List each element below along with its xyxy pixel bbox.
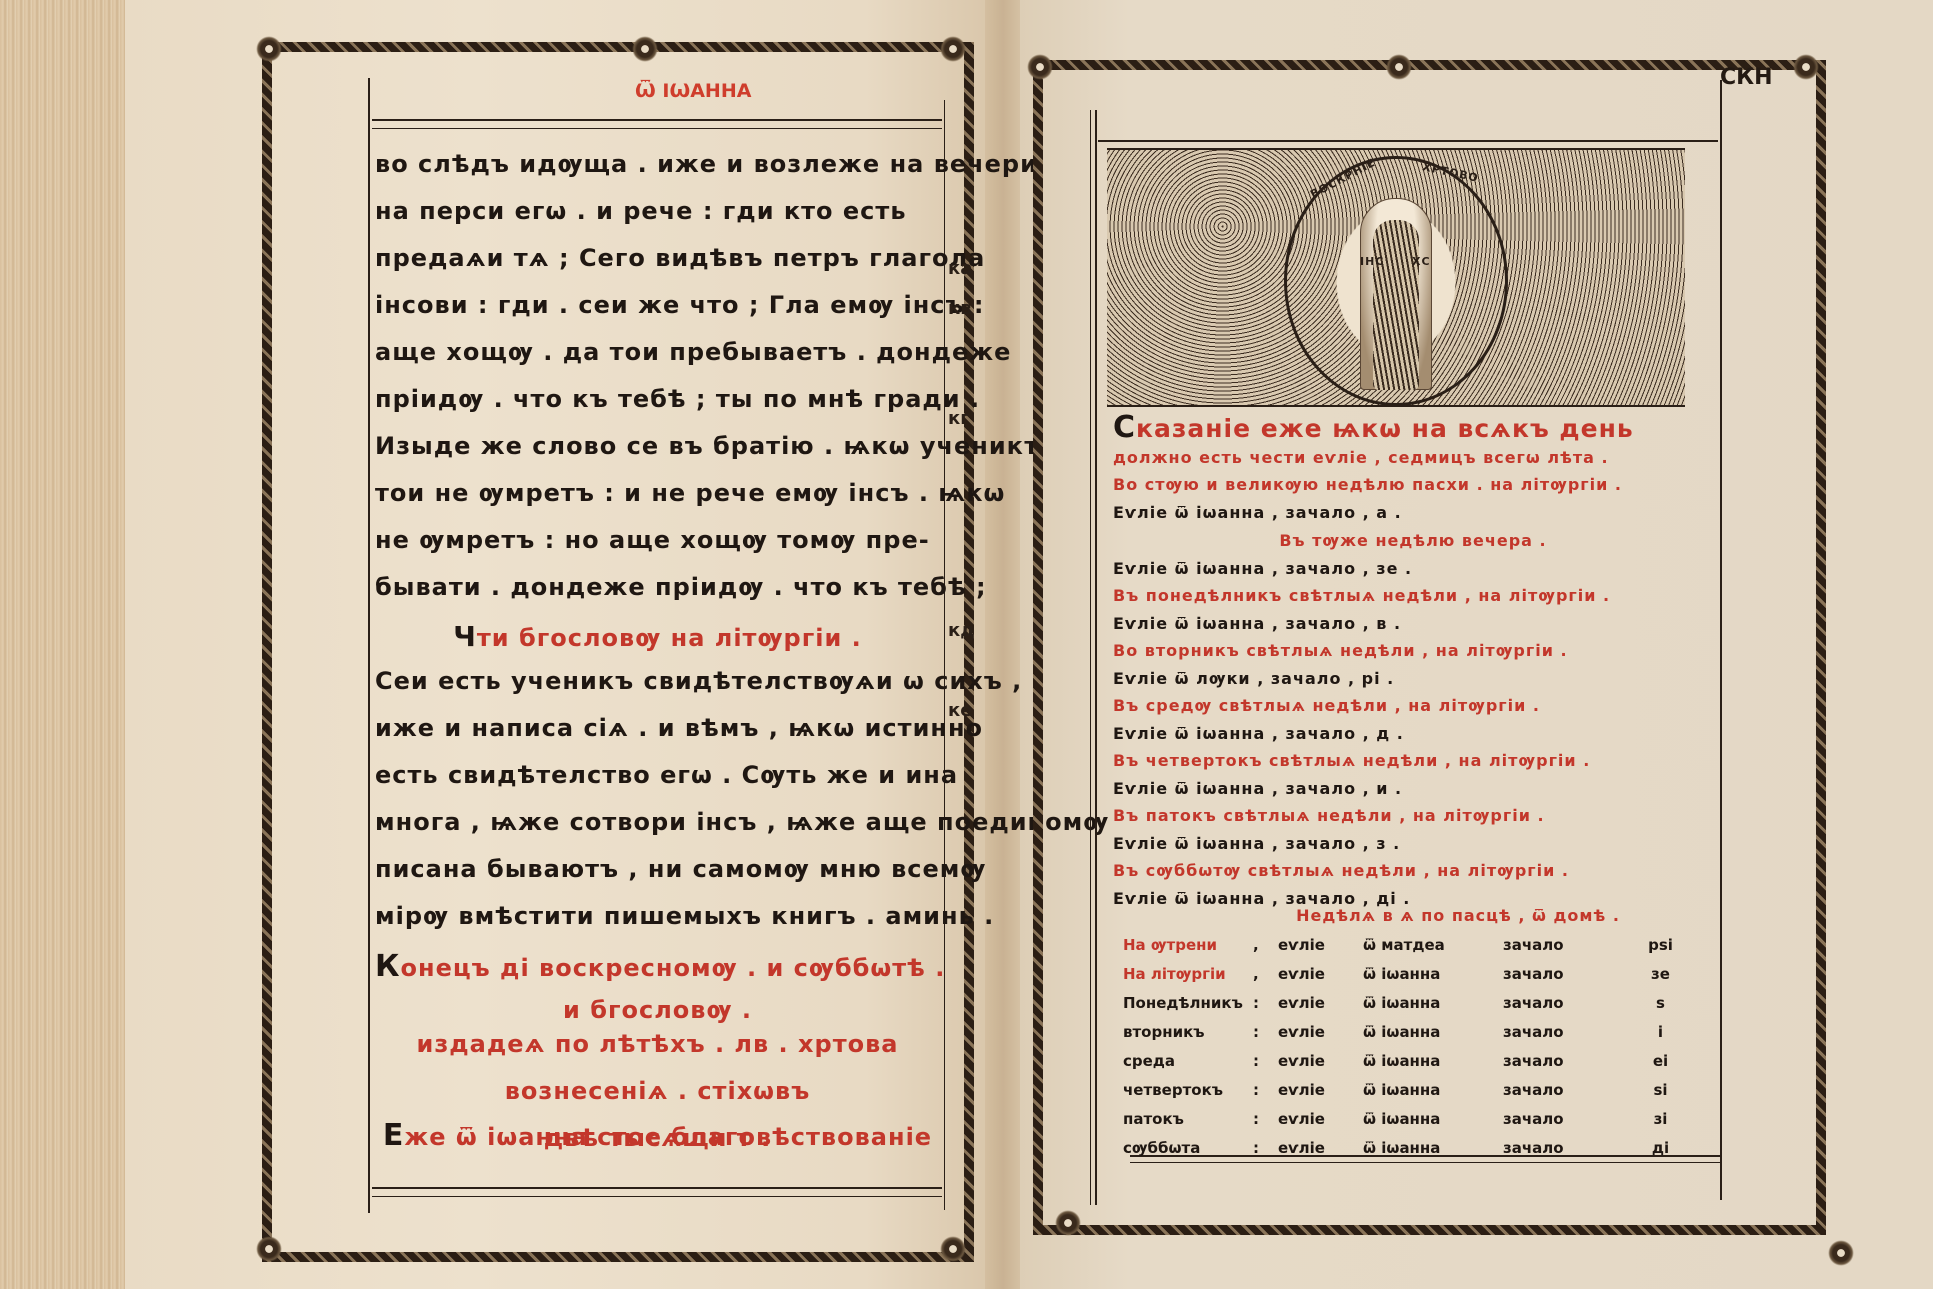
- table-row: На ѹтрени , еѵліе ѿ матдеа зачало рѕі: [1123, 930, 1718, 959]
- left-inner-rule: [1090, 110, 1091, 1205]
- left-body-text: во слѣдъ идѹща . иже и возлеже на вечери…: [375, 150, 940, 1150]
- number-cell: і: [1603, 1017, 1718, 1046]
- day-cell: патокъ: [1123, 1104, 1253, 1133]
- day-cell: сѹббѡта: [1123, 1133, 1253, 1162]
- text-line: пріидѹ . что къ тебѣ ; ты по мнѣ гради .: [375, 385, 940, 413]
- entry-heading: Въ патокъ свѣтлыѧ недѣли , на літѹргіи .: [1113, 806, 1713, 825]
- gospel-cell: еѵліе: [1278, 1017, 1363, 1046]
- gospel-cell: еѵліе: [1278, 1104, 1363, 1133]
- number-cell: еі: [1603, 1046, 1718, 1075]
- colophon-line: двѣ тысѧщи т .: [375, 1124, 940, 1152]
- right-inner-rule: [1720, 80, 1722, 1200]
- foot-rule-2: [372, 1196, 942, 1197]
- text-line: во слѣдъ идѹща . иже и возлеже на вечери: [375, 150, 940, 178]
- ending-rubric-line: Конецъ ді воскресномѹ . и сѹббѡтѣ .: [375, 949, 940, 984]
- separator-cell: ,: [1253, 930, 1278, 959]
- gospel-cell: еѵліе: [1278, 1075, 1363, 1104]
- number-cell: ді: [1603, 1133, 1718, 1162]
- margin-chapter-number: кв: [948, 298, 972, 319]
- head-rule: [1098, 140, 1718, 142]
- evangelist-cell: ѿ іѡанна: [1363, 959, 1503, 988]
- running-head: Ѿ ІѠАННА: [635, 80, 751, 102]
- border-ornament-icon: [632, 36, 658, 62]
- colophon-line: вознесеніѧ . стіхѡвъ: [375, 1077, 940, 1105]
- border-ornament-icon: [1793, 54, 1819, 80]
- number-cell: зе: [1603, 959, 1718, 988]
- book-page-edges: [0, 0, 125, 1289]
- rubric-reading-heading: Чти бгословѹ на літѹргіи .: [375, 620, 940, 653]
- table-row: четвертокъ : еѵліе ѿ іѡанна зачало ѕі: [1123, 1075, 1718, 1104]
- margin-chapter-number: ке: [948, 700, 972, 721]
- zachalo-cell: зачало: [1503, 1075, 1603, 1104]
- left-inner-rule-2: [1095, 110, 1097, 1205]
- border-ornament-icon: [1828, 1240, 1854, 1266]
- day-cell: Понедѣлникъ: [1123, 988, 1253, 1017]
- separator-cell: :: [1253, 1075, 1278, 1104]
- separator-cell: :: [1253, 1133, 1278, 1162]
- text-line: Сеи есть ученикъ свидѣтелствѹѧи ѡ сихъ ,: [375, 667, 940, 695]
- text-line: Изыде же слово се въ братію . ѩкѡ ученик…: [375, 432, 940, 460]
- text-line: многа , ѩже сотвори інсъ , ѩже аще поеди…: [375, 808, 940, 836]
- drop-initial: Ч: [453, 620, 477, 653]
- evangelist-cell: ѿ іѡанна: [1363, 1017, 1503, 1046]
- table-row: вторникъ : еѵліе ѿ іѡанна зачало і: [1123, 1017, 1718, 1046]
- text-line: предаѧи тѧ ; Сего видѣвъ петръ глагола: [375, 244, 940, 272]
- ending-rubric-line: и бгословѹ .: [375, 996, 940, 1024]
- entry-heading: Въ понедѣлникъ свѣтлыѧ недѣли , на літѹр…: [1113, 586, 1713, 605]
- gospel-cell: еѵліе: [1278, 930, 1363, 959]
- book-gutter: [985, 0, 1025, 1289]
- border-ornament-icon: [940, 36, 966, 62]
- zachalo-cell: зачало: [1503, 988, 1603, 1017]
- zachalo-cell: зачало: [1503, 959, 1603, 988]
- table-row: Понедѣлникъ : еѵліе ѿ іѡанна зачало ѕ: [1123, 988, 1718, 1017]
- head-rule: [372, 119, 942, 121]
- text-line: писана бываютъ , ни самомѹ мню всемѹ: [375, 855, 940, 883]
- evangelist-cell: ѿ іѡанна: [1363, 1075, 1503, 1104]
- colophon-block: издадеѧ по лѣтѣхъ . лв . хртова вознесен…: [375, 1030, 940, 1150]
- gospel-cell: еѵліе: [1278, 988, 1363, 1017]
- foot-rule: [372, 1187, 942, 1189]
- page-title: Сказаніе еже ѩкѡ на всѧкъ день: [1113, 410, 1713, 445]
- christ-figure-icon: [1373, 220, 1419, 390]
- colophon-line: издадеѧ по лѣтѣхъ . лв . хртова: [375, 1030, 940, 1058]
- border-ornament-icon: [1386, 54, 1412, 80]
- rubric-text: онецъ ді воскресномѹ . и сѹббѡтѣ .: [401, 954, 946, 982]
- text-line: мірѹ вмѣстити пишемыхъ книгъ . аминь .: [375, 902, 940, 930]
- text-line: иже и написа сіѧ . и вѣмъ , ѩкѡ истинно: [375, 714, 940, 742]
- zachalo-cell: зачало: [1503, 1046, 1603, 1075]
- day-cell: вторникъ: [1123, 1017, 1253, 1046]
- zachalo-cell: зачало: [1503, 1017, 1603, 1046]
- engraving-monogram-right: ХС: [1412, 255, 1431, 268]
- text-line: інсови : гди . сеи же что ; Гла емѹ інсъ…: [375, 291, 940, 319]
- text-line: тои не ѹмретъ : и не рече емѹ інсъ . ѩкѡ: [375, 479, 940, 507]
- week-heading-text: Недѣлѧ в ѧ по пасцѣ , ѿ домѣ .: [1113, 906, 1713, 925]
- entry-reading: Еѵліе ѿ іѡанна , зачало , а .: [1113, 503, 1713, 522]
- zachalo-cell: зачало: [1503, 930, 1603, 959]
- border-ornament-icon: [940, 1236, 966, 1262]
- text-line: на перси егѡ . и рече : гди кто есть: [375, 197, 940, 225]
- zachalo-cell: зачало: [1503, 1104, 1603, 1133]
- right-body-text: Сказаніе еже ѩкѡ на всѧкъ день должно ес…: [1113, 410, 1713, 910]
- text-line: бывати . дондеже пріидѹ . что къ тебѣ ;: [375, 573, 940, 601]
- entry-heading: Въ четвертокъ свѣтлыѧ недѣли , на літѹрг…: [1113, 751, 1713, 770]
- entry-reading: Еѵліе ѿ іѡанна , зачало , в .: [1113, 614, 1713, 633]
- foot-rule-2: [1130, 1162, 1720, 1163]
- entry-reading: Еѵліе ѿ іѡанна , зачало , з .: [1113, 834, 1713, 853]
- day-cell: четвертокъ: [1123, 1075, 1253, 1104]
- engraving-monogram-left: ІНС: [1360, 255, 1384, 268]
- evangelist-cell: ѿ іѡанна: [1363, 1046, 1503, 1075]
- evangelist-cell: ѿ іѡанна: [1363, 988, 1503, 1017]
- entry-reading: Еѵліе ѿ іѡанна , зачало , зе .: [1113, 559, 1713, 578]
- number-cell: ѕ: [1603, 988, 1718, 1017]
- zachalo-cell: зачало: [1503, 1133, 1603, 1162]
- margin-chapter-number: кд: [948, 620, 975, 641]
- separator-cell: :: [1253, 1046, 1278, 1075]
- left-inner-rule: [368, 78, 370, 1213]
- border-ornament-icon: [256, 36, 282, 62]
- rubric-text: ти бгословѹ на літѹргіи .: [477, 624, 862, 652]
- border-ornament-icon: [1027, 54, 1053, 80]
- entry-heading: Во стѹю и великѹю недѣлю пасхи . на літѹ…: [1113, 475, 1713, 494]
- text-line: не ѹмретъ : но аще хощѹ томѹ пре-: [375, 526, 940, 554]
- table-row: среда : еѵліе ѿ іѡанна зачало еі: [1123, 1046, 1718, 1075]
- entry-heading: Въ средѹ свѣтлыѧ недѣли , на літѹргіи .: [1113, 696, 1713, 715]
- table-row: сѹббѡта : еѵліе ѿ іѡанна зачало ді: [1123, 1133, 1718, 1162]
- gospel-cell: еѵліе: [1278, 1046, 1363, 1075]
- page-subtitle: должно есть чести еѵліе , седмицъ всегѡ …: [1113, 448, 1713, 467]
- day-cell: среда: [1123, 1046, 1253, 1075]
- table-row: На літѹргіи , еѵліе ѿ іѡанна зачало зе: [1123, 959, 1718, 988]
- day-cell: На літѹргіи: [1123, 959, 1253, 988]
- entry-reading: Еѵліе ѿ іѡанна , зачало , д .: [1113, 724, 1713, 743]
- table-row: патокъ : еѵліе ѿ іѡанна зачало зі: [1123, 1104, 1718, 1133]
- entry-reading: Еѵліе ѿ лѹки , зачало , рі .: [1113, 669, 1713, 688]
- text-line: есть свидѣтелство егѡ . Сѹть же и ина: [375, 761, 940, 789]
- entry-heading: Въ тѹже недѣлю вечера .: [1113, 531, 1713, 550]
- day-cell: На ѹтрени: [1123, 930, 1253, 959]
- evangelist-cell: ѿ іѡанна: [1363, 1104, 1503, 1133]
- text-line: аще хощѹ . да тои пребываетъ . дондеже: [375, 338, 940, 366]
- drop-initial: С: [1113, 410, 1136, 445]
- evangelist-cell: ѿ матдеа: [1363, 930, 1503, 959]
- entry-heading: Въ сѹббѡтѹ свѣтлыѧ недѣли , на літѹргіи …: [1113, 861, 1713, 880]
- separator-cell: :: [1253, 988, 1278, 1017]
- head-rule-2: [372, 128, 942, 129]
- number-cell: зі: [1603, 1104, 1718, 1133]
- lectionary-table: На ѹтрени , еѵліе ѿ матдеа зачало рѕі На…: [1123, 930, 1718, 1162]
- margin-chapter-number: ка: [948, 258, 972, 279]
- entry-heading: Во вторникъ свѣтлыѧ недѣли , на літѹргіи…: [1113, 641, 1713, 660]
- number-cell: рѕі: [1603, 930, 1718, 959]
- border-ornament-icon: [1055, 1210, 1081, 1236]
- separator-cell: :: [1253, 1104, 1278, 1133]
- evangelist-cell: ѿ іѡанна: [1363, 1133, 1503, 1162]
- resurrection-engraving: ВОСКРНІЕ ХРТОВО ІНС ХС: [1107, 148, 1685, 407]
- entry-reading: Еѵліе ѿ іѡанна , зачало , и .: [1113, 779, 1713, 798]
- separator-cell: ,: [1253, 959, 1278, 988]
- separator-cell: :: [1253, 1017, 1278, 1046]
- folio-number: СКН: [1720, 65, 1773, 90]
- border-ornament-icon: [256, 1236, 282, 1262]
- gospel-cell: еѵліе: [1278, 959, 1363, 988]
- number-cell: ѕі: [1603, 1075, 1718, 1104]
- title-text: казаніе еже ѩкѡ на всѧкъ день: [1136, 414, 1634, 443]
- gospel-cell: еѵліе: [1278, 1133, 1363, 1162]
- margin-chapter-number: кг: [948, 408, 970, 429]
- drop-initial: К: [375, 949, 401, 984]
